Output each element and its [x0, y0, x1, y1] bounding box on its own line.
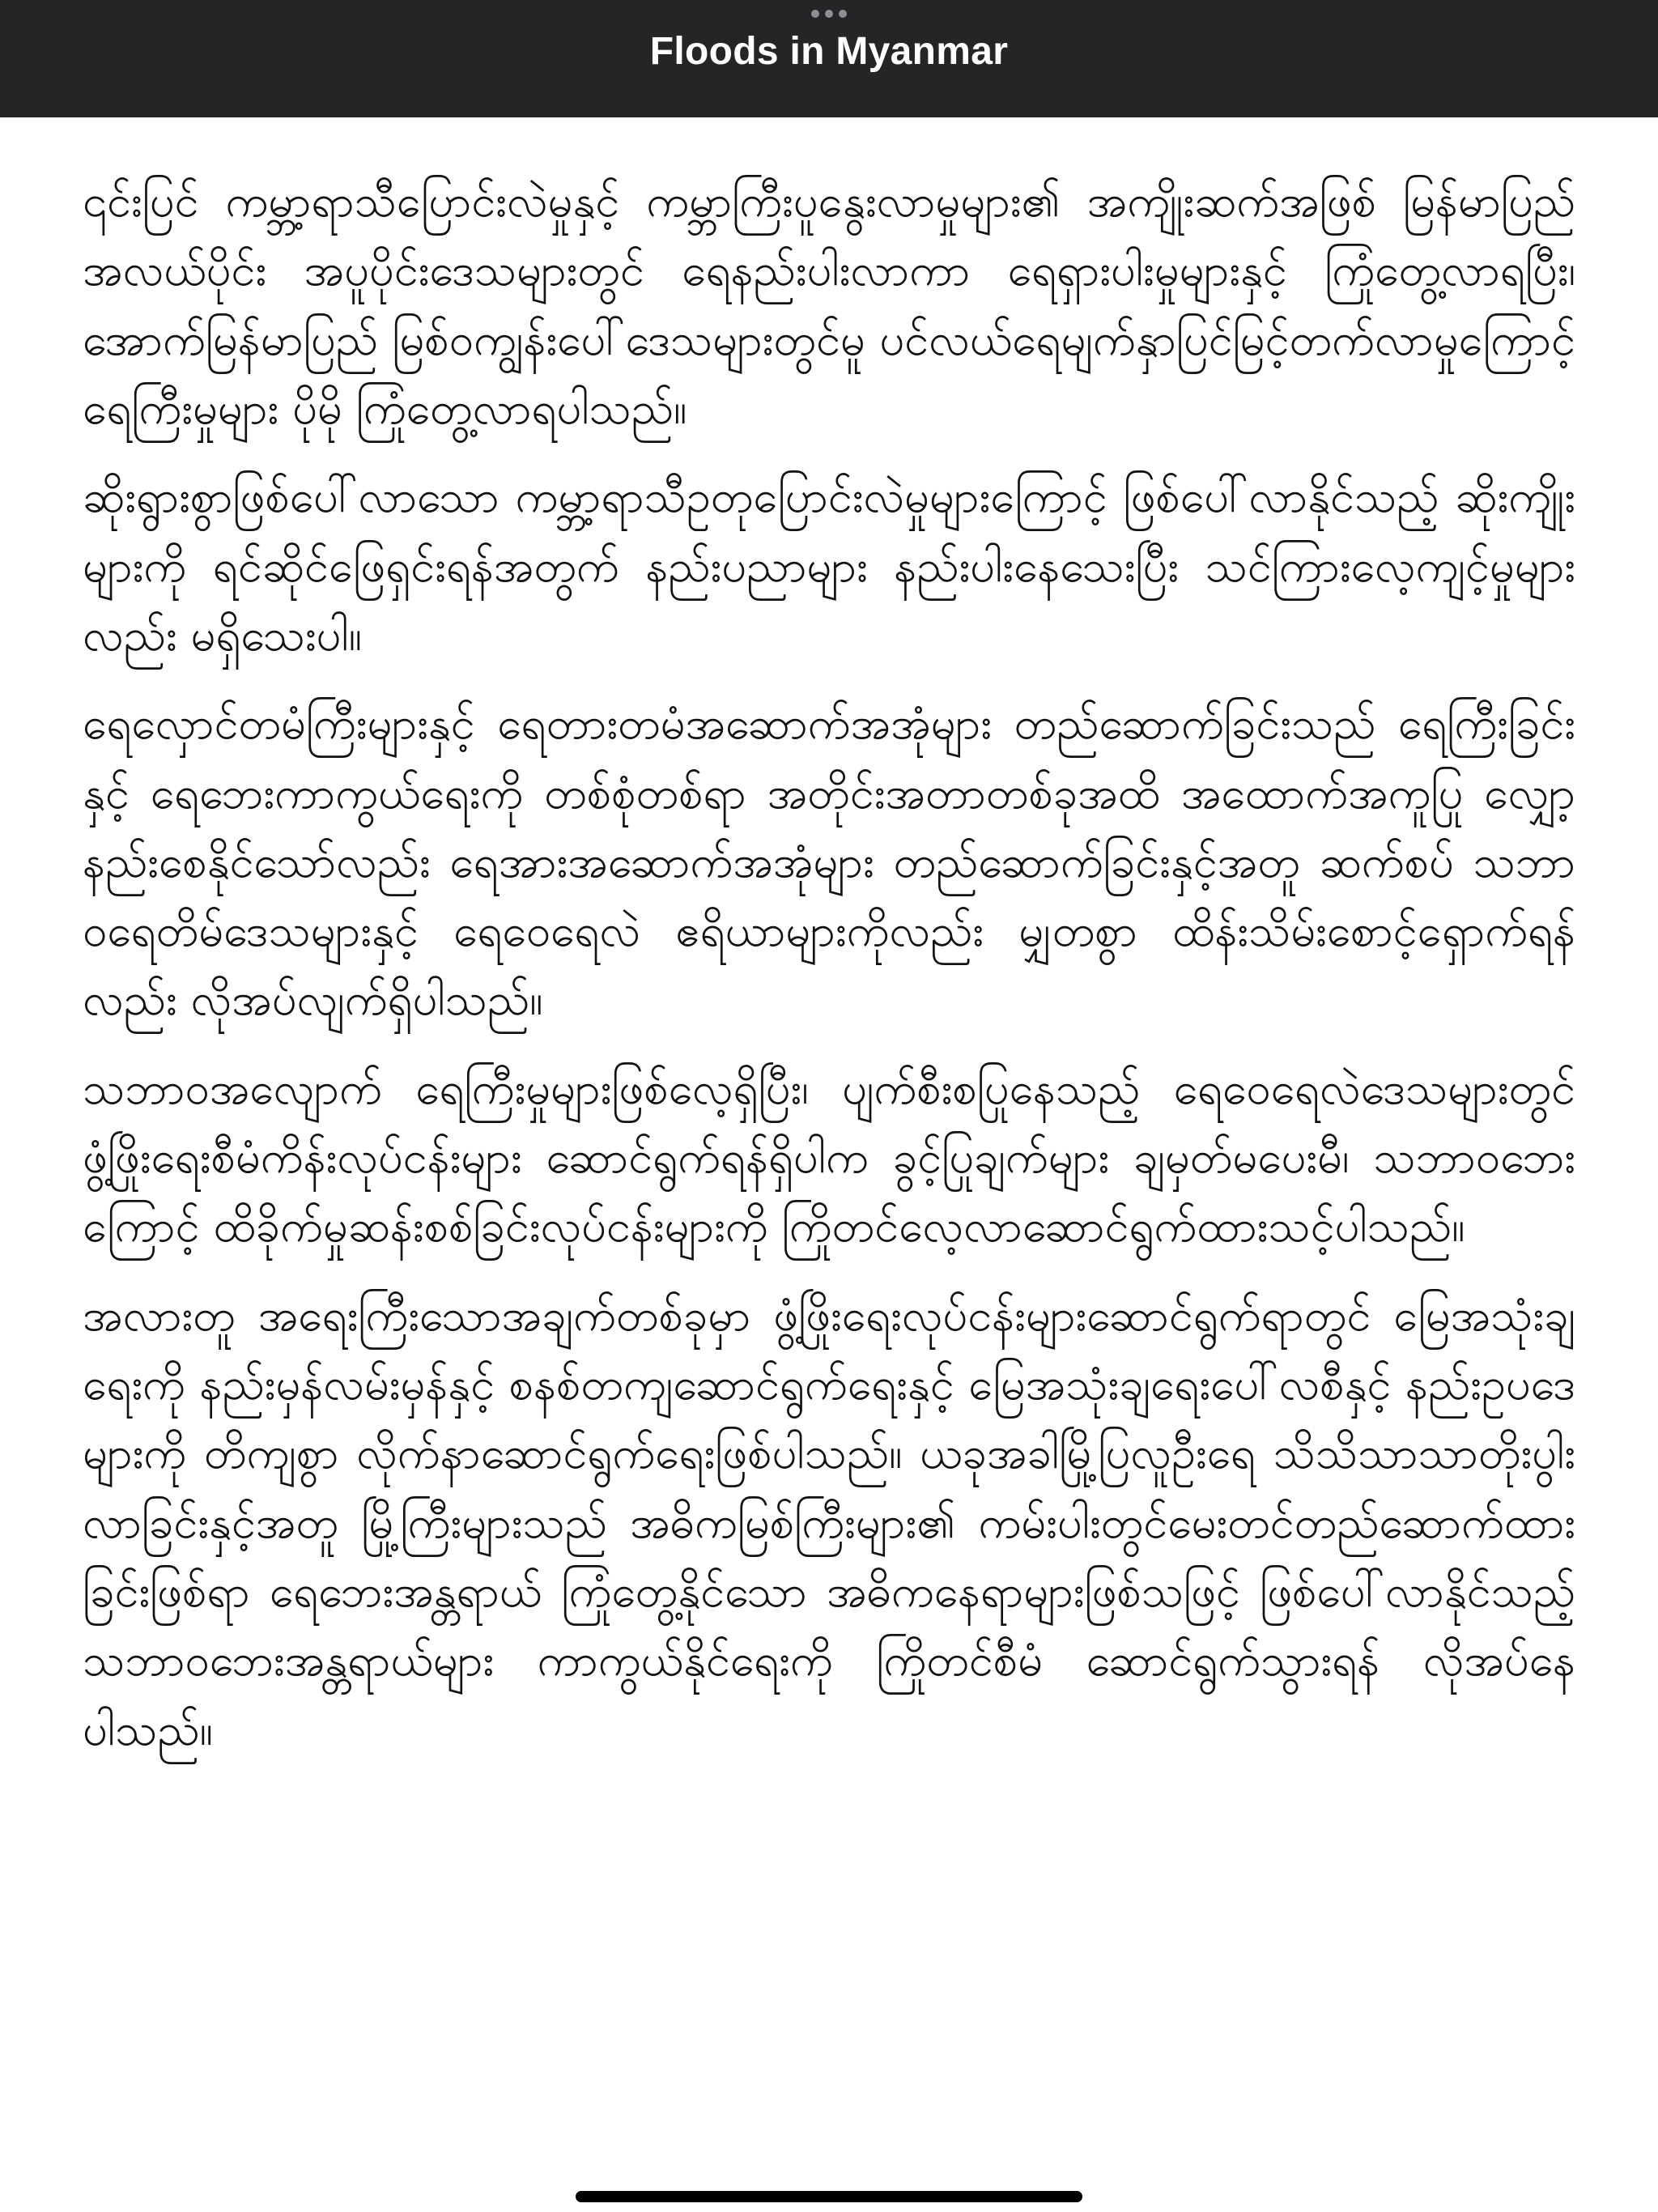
paragraph-2: ဆိုးရွားစွာဖြစ်ပေါ်လာသော ကမ္ဘာ့ရာသီဥတုပြ… [83, 463, 1575, 670]
ellipsis-dot-icon [811, 10, 819, 18]
ellipsis-dot-icon [839, 10, 847, 18]
ellipsis-dot-icon [825, 10, 833, 18]
home-indicator[interactable] [576, 2191, 1082, 2202]
paragraph-5: အလားတူ အရေးကြီးသောအချက်တစ်ခုမှာ ဖွံ့ဖြို… [83, 1282, 1575, 1765]
app-screen: Floods in Myanmar ၎င်းပြင် ကမ္ဘာ့ရာသီပြေ… [0, 0, 1658, 2212]
paragraph-1: ၎င်းပြင် ကမ္ဘာ့ရာသီပြောင်းလဲမှုနှင့် ကမ္… [83, 168, 1575, 444]
title-bar: Floods in Myanmar [0, 0, 1658, 117]
more-menu-icon[interactable] [811, 10, 847, 18]
paragraph-4: သဘာဝအလျောက် ရေကြီးမှုများဖြစ်လေ့ရှိပြီး၊… [83, 1055, 1575, 1262]
document-content: ၎င်းပြင် ကမ္ဘာ့ရာသီပြောင်းလဲမှုနှင့် ကမ္… [0, 117, 1658, 1765]
paragraph-3: ရေလှောင်တမံကြီးများနှင့် ရေတားတမံအဆောက်အ… [83, 690, 1575, 1036]
